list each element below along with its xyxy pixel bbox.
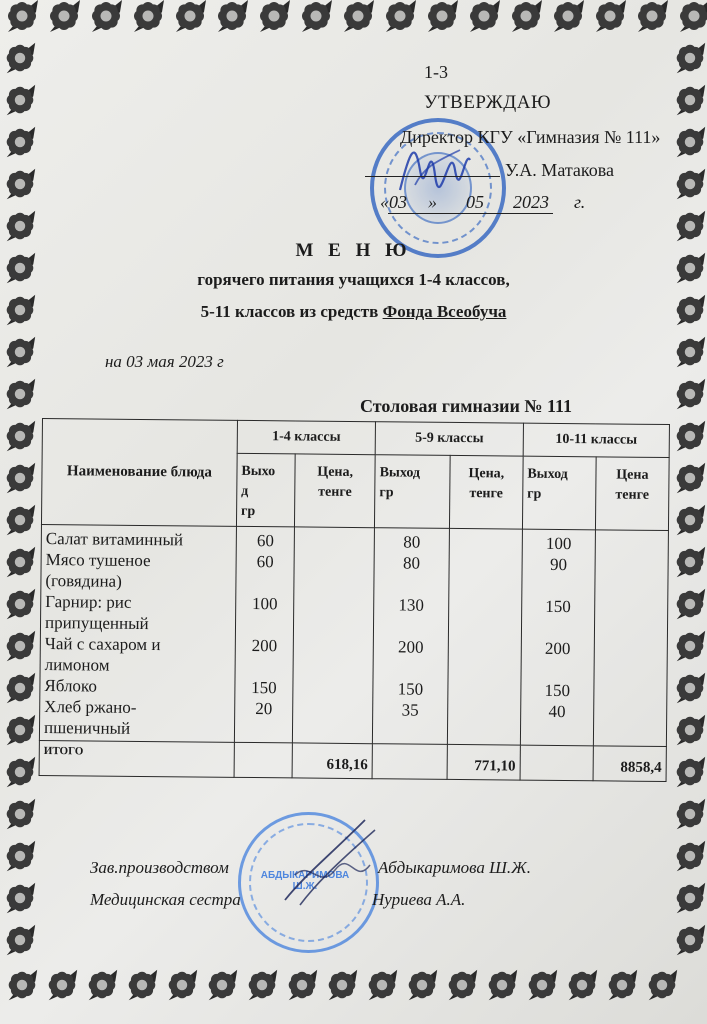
header-text: тенге bbox=[299, 482, 370, 503]
approval-heading: УТВЕРЖДАЮ bbox=[424, 92, 551, 114]
empty-cell bbox=[520, 745, 593, 781]
header-text: Цена, bbox=[300, 462, 371, 483]
header-text: Цена bbox=[600, 465, 664, 486]
table-row-total: итого 618,16 771,10 8858,4 bbox=[39, 740, 666, 781]
approval-date-day: «03 bbox=[380, 192, 407, 213]
header-text: гр bbox=[379, 483, 445, 504]
header-text: Выход bbox=[527, 465, 591, 486]
header-text: тенге bbox=[600, 485, 664, 506]
header-price: Цена,тенге bbox=[449, 455, 523, 529]
menu-title: М Е Н Ю bbox=[0, 240, 707, 262]
dish-yield bbox=[240, 572, 290, 593]
dish-yield bbox=[240, 614, 290, 635]
header-text: д bbox=[241, 482, 291, 502]
production-head-name: Абдыкаримова Ш.Ж. bbox=[378, 858, 531, 878]
dish-name: припущенный bbox=[45, 612, 231, 635]
price-cell bbox=[293, 527, 375, 744]
header-text: Цена, bbox=[454, 464, 518, 485]
menu-table: Наименование блюда 1-4 классы 5-9 классы… bbox=[39, 418, 670, 782]
dish-name: Чай с сахаром и bbox=[45, 633, 231, 656]
dish-yield bbox=[377, 720, 443, 742]
total-price: 8858,4 bbox=[593, 746, 666, 782]
dish-yield: 90 bbox=[526, 554, 590, 576]
approval-position: Директор КГУ «Гимназия № 111» bbox=[400, 127, 660, 148]
header-price: Цена,тенге bbox=[295, 454, 376, 528]
dish-yield bbox=[525, 659, 589, 681]
dish-yield: 60 bbox=[241, 530, 291, 551]
dish-name: Салат витаминный bbox=[46, 528, 232, 551]
subtitle-prefix: 5-11 классов из средств bbox=[201, 302, 383, 321]
header-text: гр bbox=[527, 485, 591, 506]
signature-line bbox=[365, 176, 500, 177]
dish-yield: 100 bbox=[240, 593, 290, 614]
dish-yield bbox=[525, 722, 589, 744]
price-cell bbox=[593, 530, 668, 747]
dish-name: Хлеб ржано- bbox=[44, 696, 230, 719]
empty-cell bbox=[234, 742, 293, 778]
dish-yield: 80 bbox=[379, 552, 445, 574]
page-number: 1-3 bbox=[424, 62, 448, 83]
fund-name: Фонда Всеобуча bbox=[383, 302, 507, 321]
yield-cell: 1009015020015040 bbox=[520, 529, 595, 746]
dish-name: Гарнир: рис bbox=[45, 591, 231, 614]
dish-yield: 200 bbox=[526, 638, 590, 660]
dish-yield: 20 bbox=[239, 698, 289, 719]
header-yield: Выходгр bbox=[522, 456, 596, 530]
dish-yield: 100 bbox=[527, 533, 591, 555]
canteen-name: Столовая гимназии № 111 bbox=[360, 396, 572, 417]
dish-name: Яблоко bbox=[44, 675, 230, 698]
dish-yield bbox=[526, 575, 590, 597]
header-dish-name: Наименование блюда bbox=[41, 419, 237, 527]
dish-yield bbox=[239, 656, 289, 677]
dish-yield: 130 bbox=[378, 594, 444, 616]
dish-yield: 200 bbox=[240, 635, 290, 656]
dish-yield: 80 bbox=[379, 531, 445, 553]
approval-date-month: 05 bbox=[466, 192, 484, 213]
dish-yield: 35 bbox=[377, 699, 443, 721]
date-underline bbox=[388, 213, 553, 214]
dish-yield: 60 bbox=[240, 551, 290, 572]
header-text: тенге bbox=[454, 484, 518, 505]
dish-yield bbox=[526, 617, 590, 639]
header-yield: Выходгр bbox=[236, 453, 295, 527]
dish-yield bbox=[378, 615, 444, 637]
header-text: гр bbox=[241, 502, 291, 522]
header-yield: Выходгр bbox=[375, 455, 450, 529]
stamp-text: АБДЫКАРИМОВА Ш.Ж. bbox=[255, 870, 355, 892]
menu-subtitle-line2: 5-11 классов из средств Фонда Всеобуча bbox=[0, 302, 707, 322]
dish-name: лимоном bbox=[45, 654, 231, 677]
nurse-title: Медицинская сестра bbox=[90, 890, 241, 910]
approval-date-year: 2023 bbox=[513, 192, 549, 213]
menu-date: на 03 мая 2023 г bbox=[105, 352, 224, 372]
total-label: итого bbox=[39, 740, 234, 777]
header-group: 10-11 классы bbox=[523, 423, 669, 457]
approval-date-sep: » bbox=[428, 192, 437, 213]
header-price: Ценатенге bbox=[595, 457, 669, 531]
header-group: 1-4 классы bbox=[237, 420, 376, 454]
header-group: 5-9 классы bbox=[375, 422, 523, 456]
header-text: Выход bbox=[380, 463, 446, 484]
approval-name: У.А. Матакова bbox=[505, 160, 614, 181]
empty-cell bbox=[372, 744, 447, 780]
dish-yield bbox=[378, 573, 444, 595]
dish-names-cell: Салат витаминныйМясо тушеное(говядина)Га… bbox=[39, 524, 236, 742]
dish-name: (говядина) bbox=[45, 570, 231, 593]
dish-yield: 200 bbox=[378, 636, 444, 658]
approval-date-suffix: г. bbox=[574, 192, 585, 213]
approval-date: «03 » 05 2023 г. bbox=[380, 192, 585, 213]
dish-name: Мясо тушеное bbox=[46, 549, 232, 572]
total-price: 771,10 bbox=[447, 744, 520, 780]
dish-yield: 150 bbox=[525, 680, 589, 702]
dish-yield: 150 bbox=[239, 677, 289, 698]
price-cell bbox=[447, 528, 522, 745]
dish-yield: 150 bbox=[377, 678, 443, 700]
dish-yield: 150 bbox=[526, 596, 590, 618]
menu-subtitle-line1: горячего питания учащихся 1-4 классов, bbox=[0, 270, 707, 290]
production-head-title: Зав.производством bbox=[90, 858, 229, 878]
dish-yield bbox=[378, 657, 444, 679]
table-row-dishes: Салат витаминныйМясо тушеное(говядина)Га… bbox=[39, 524, 668, 746]
yield-cell: 808013020015035 bbox=[373, 528, 450, 745]
nurse-name: Нуриева А.А. bbox=[372, 890, 465, 910]
dish-name: пшеничный bbox=[44, 717, 230, 740]
dish-yield bbox=[239, 719, 289, 740]
header-text: Выхо bbox=[241, 462, 291, 482]
yield-cell: 606010020015020 bbox=[234, 526, 294, 743]
dish-yield: 40 bbox=[525, 701, 589, 723]
table-header-row-groups: Наименование блюда 1-4 классы 5-9 классы… bbox=[42, 419, 669, 458]
total-price: 618,16 bbox=[292, 743, 372, 779]
